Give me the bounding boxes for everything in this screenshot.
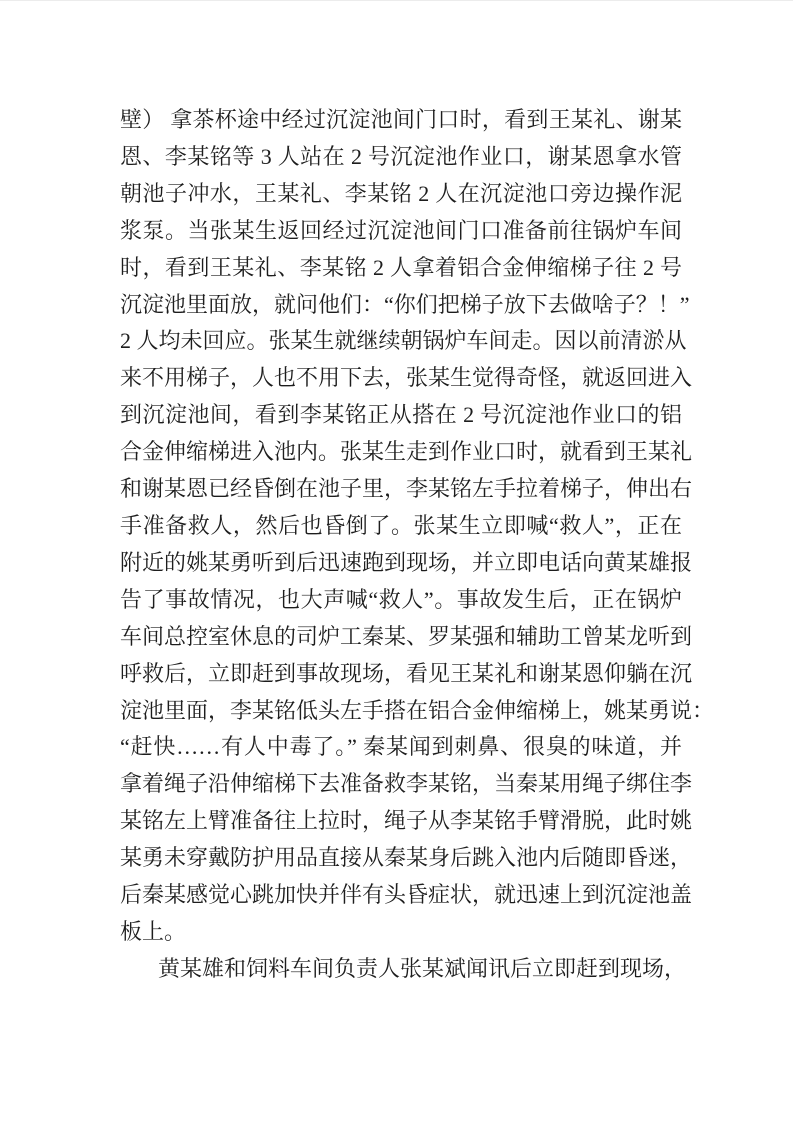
text-line: 和谢某恩已经昏倒在池子里，李某铭左手拉着梯子，伸出右 [120, 471, 682, 508]
text-line: 附近的姚某勇听到后迅速跑到现场，并立即电话向黄某雄报 [120, 545, 682, 582]
text-line: 呼救后，立即赶到事故现场，看见王某礼和谢某恩仰躺在沉 [120, 656, 682, 693]
text-line: 壁） 拿茶杯途中经过沉淀池间门口时，看到王某礼、谢某 [120, 102, 682, 139]
text-line: 车间总控室休息的司炉工秦某、罗某强和辅助工曾某龙听到 [120, 619, 682, 656]
document-page: 壁） 拿茶杯途中经过沉淀池间门口时，看到王某礼、谢某恩、李某铭等 3 人站在 2… [0, 0, 793, 1122]
text-line: 后秦某感觉心跳加快并伴有头昏症状，就迅速上到沉淀池盖 [120, 877, 682, 914]
text-line: 手准备救人，然后也昏倒了。张某生立即喊“救人”，正在 [120, 508, 682, 545]
text-line: 板上。 [120, 914, 682, 951]
text-line: 沉淀池里面放，就问他们：“你们把梯子放下去做啥子？！” [120, 287, 682, 324]
text-line: 黄某雄和饲料车间负责人张某斌闻讯后立即赶到现场， [120, 951, 682, 988]
text-line: 时，看到王某礼、李某铭 2 人拿着铝合金伸缩梯子往 2 号 [120, 250, 682, 287]
text-line: 合金伸缩梯进入池内。张某生走到作业口时，就看到王某礼 [120, 434, 682, 471]
text-line: 恩、李某铭等 3 人站在 2 号沉淀池作业口，谢某恩拿水管 [120, 139, 682, 176]
text-line: 2 人均未回应。张某生就继续朝锅炉车间走。因以前清淤从 [120, 323, 682, 360]
text-line: 某勇未穿戴防护用品直接从秦某身后跳入池内后随即昏迷， [120, 840, 682, 877]
text-line: “赶快……有人中毒了。” 秦某闻到刺鼻、很臭的味道，并 [120, 729, 682, 766]
text-line: 朝池子冲水，王某礼、李某铭 2 人在沉淀池口旁边操作泥 [120, 176, 682, 213]
text-line: 淀池里面，李某铭低头左手搭在铝合金伸缩梯上，姚某勇说： [120, 693, 682, 730]
text-line: 浆泵。当张某生返回经过沉淀池间门口准备前往锅炉车间 [120, 213, 682, 250]
text-line: 到沉淀池间，看到李某铭正从搭在 2 号沉淀池作业口的铝 [120, 397, 682, 434]
text-line: 某铭左上臂准备往上拉时，绳子从李某铭手臂滑脱，此时姚 [120, 803, 682, 840]
text-line: 拿着绳子沿伸缩梯下去准备救李某铭，当秦某用绳子绑住李 [120, 766, 682, 803]
text-line: 来不用梯子，人也不用下去，张某生觉得奇怪，就返回进入 [120, 360, 682, 397]
text-block: 壁） 拿茶杯途中经过沉淀池间门口时，看到王某礼、谢某恩、李某铭等 3 人站在 2… [120, 102, 682, 988]
text-line: 告了事故情况，也大声喊“救人”。事故发生后，正在锅炉 [120, 582, 682, 619]
